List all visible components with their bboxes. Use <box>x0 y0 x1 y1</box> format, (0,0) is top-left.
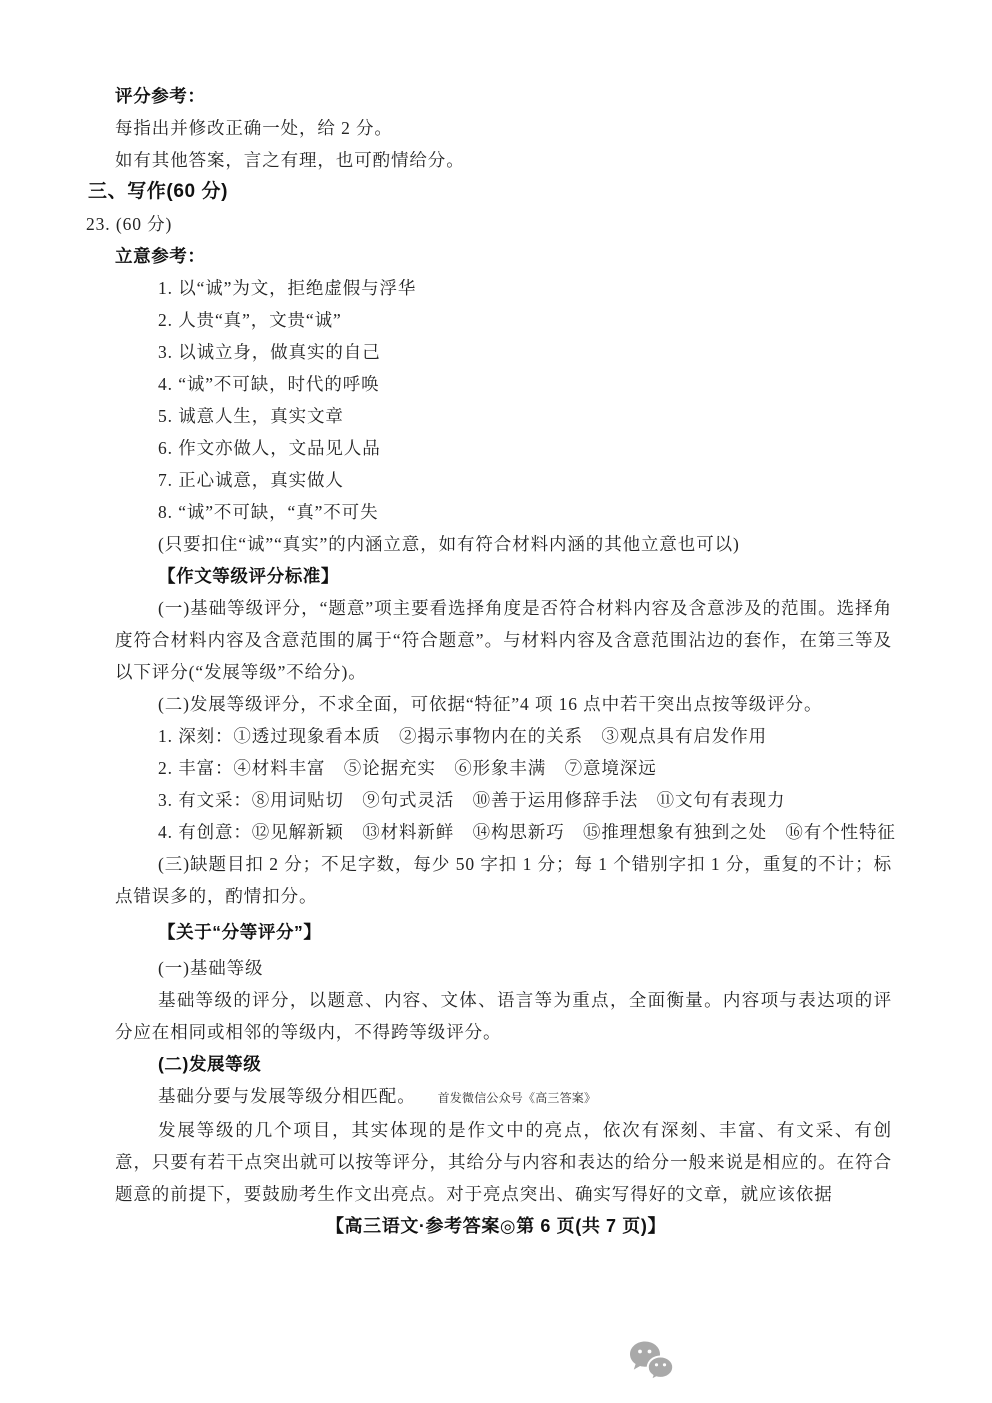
question-number: 23. (60 分) <box>86 208 892 240</box>
feature-line-literary: 3. 有文采：⑧用词贴切 ⑨句式灵活 ⑩善于运用修辞手法 ⑪文句有表现力 <box>158 784 892 816</box>
base-grade-paragraph: (一)基础等级评分，“题意”项主要看选择角度是否符合材料内容及含意涉及的范围。选… <box>115 592 892 688</box>
intent-note: (只要扣住“诚”“真实”的内涵立意，如有符合材料内涵的其他立意也可以) <box>158 528 892 560</box>
feature-line-deep: 1. 深刻：①透过现象看本质 ②揭示事物内在的关系 ③观点具有启发作用 <box>158 720 892 752</box>
scoring-rule: 如有其他答案，言之有理，也可酌情给分。 <box>115 144 892 176</box>
intent-reference-heading: 立意参考： <box>115 240 892 272</box>
page-footer: 【高三语文·参考答案◎第 6 页(共 7 页)】 <box>0 1210 992 1242</box>
answer-key-page: 评分参考： 每指出并修改正确一处，给 2 分。 如有其他答案，言之有理，也可酌情… <box>0 0 992 1403</box>
intent-item: 6. 作文亦做人，文品见人品 <box>158 432 892 464</box>
intent-item: 7. 正心诚意，真实做人 <box>158 464 892 496</box>
intent-item: 2. 人贵“真”，文贵“诚” <box>158 304 892 336</box>
develop-grade-paragraph: (二)发展等级评分，不求全面，可依据“特征”4 项 16 点中若干突出点按等级评… <box>115 688 892 720</box>
tier-base-paragraph: 基础等级的评分，以题意、内容、文体、语言等为重点，全面衡量。内容项与表达项的评分… <box>115 984 892 1048</box>
page-content: 评分参考： 每指出并修改正确一处，给 2 分。 如有其他答案，言之有理，也可酌情… <box>0 0 992 1242</box>
intent-item: 8. “诚”不可缺，“真”不可失 <box>158 496 892 528</box>
intent-item: 5. 诚意人生，真实文章 <box>158 400 892 432</box>
intent-item: 4. “诚”不可缺，时代的呼唤 <box>158 368 892 400</box>
intent-item: 3. 以诚立身，做真实的自己 <box>158 336 892 368</box>
grading-standard-heading: 【作文等级评分标准】 <box>158 560 892 592</box>
scoring-rule: 每指出并修改正确一处，给 2 分。 <box>115 112 892 144</box>
wechat-icon <box>628 1340 676 1384</box>
watermark-text: 首发微信公众号《高三答案》 <box>438 1091 597 1105</box>
match-line: 基础分要与发展等级分相匹配。首发微信公众号《高三答案》 <box>158 1080 892 1114</box>
intent-item: 1. 以“诚”为文，拒绝虚假与浮华 <box>158 272 892 304</box>
scoring-reference-heading: 评分参考： <box>115 80 892 112</box>
feature-line-rich: 2. 丰富：④材料丰富 ⑤论据充实 ⑥形象丰满 ⑦意境深远 <box>158 752 892 784</box>
tier-scoring-heading: 【关于“分等评分”】 <box>158 916 892 948</box>
match-line-text: 基础分要与发展等级分相匹配。 <box>158 1086 416 1106</box>
feature-line-creative: 4. 有创意：⑫见解新颖 ⑬材料新鲜 ⑭构思新巧 ⑮推理想象有独到之处 ⑯有个性… <box>158 816 892 848</box>
deduction-paragraph: (三)缺题目扣 2 分；不足字数，每少 50 字扣 1 分；每 1 个错别字扣 … <box>115 848 892 912</box>
tier-develop-heading: (二)发展等级 <box>158 1048 892 1080</box>
tier-base-heading: (一)基础等级 <box>158 952 892 984</box>
section-title-writing: 三、写作(60 分) <box>88 176 892 208</box>
tier-develop-paragraph: 发展等级的几个项目，其实体现的是作文中的亮点，依次有深刻、丰富、有文采、有创意，… <box>115 1114 892 1210</box>
